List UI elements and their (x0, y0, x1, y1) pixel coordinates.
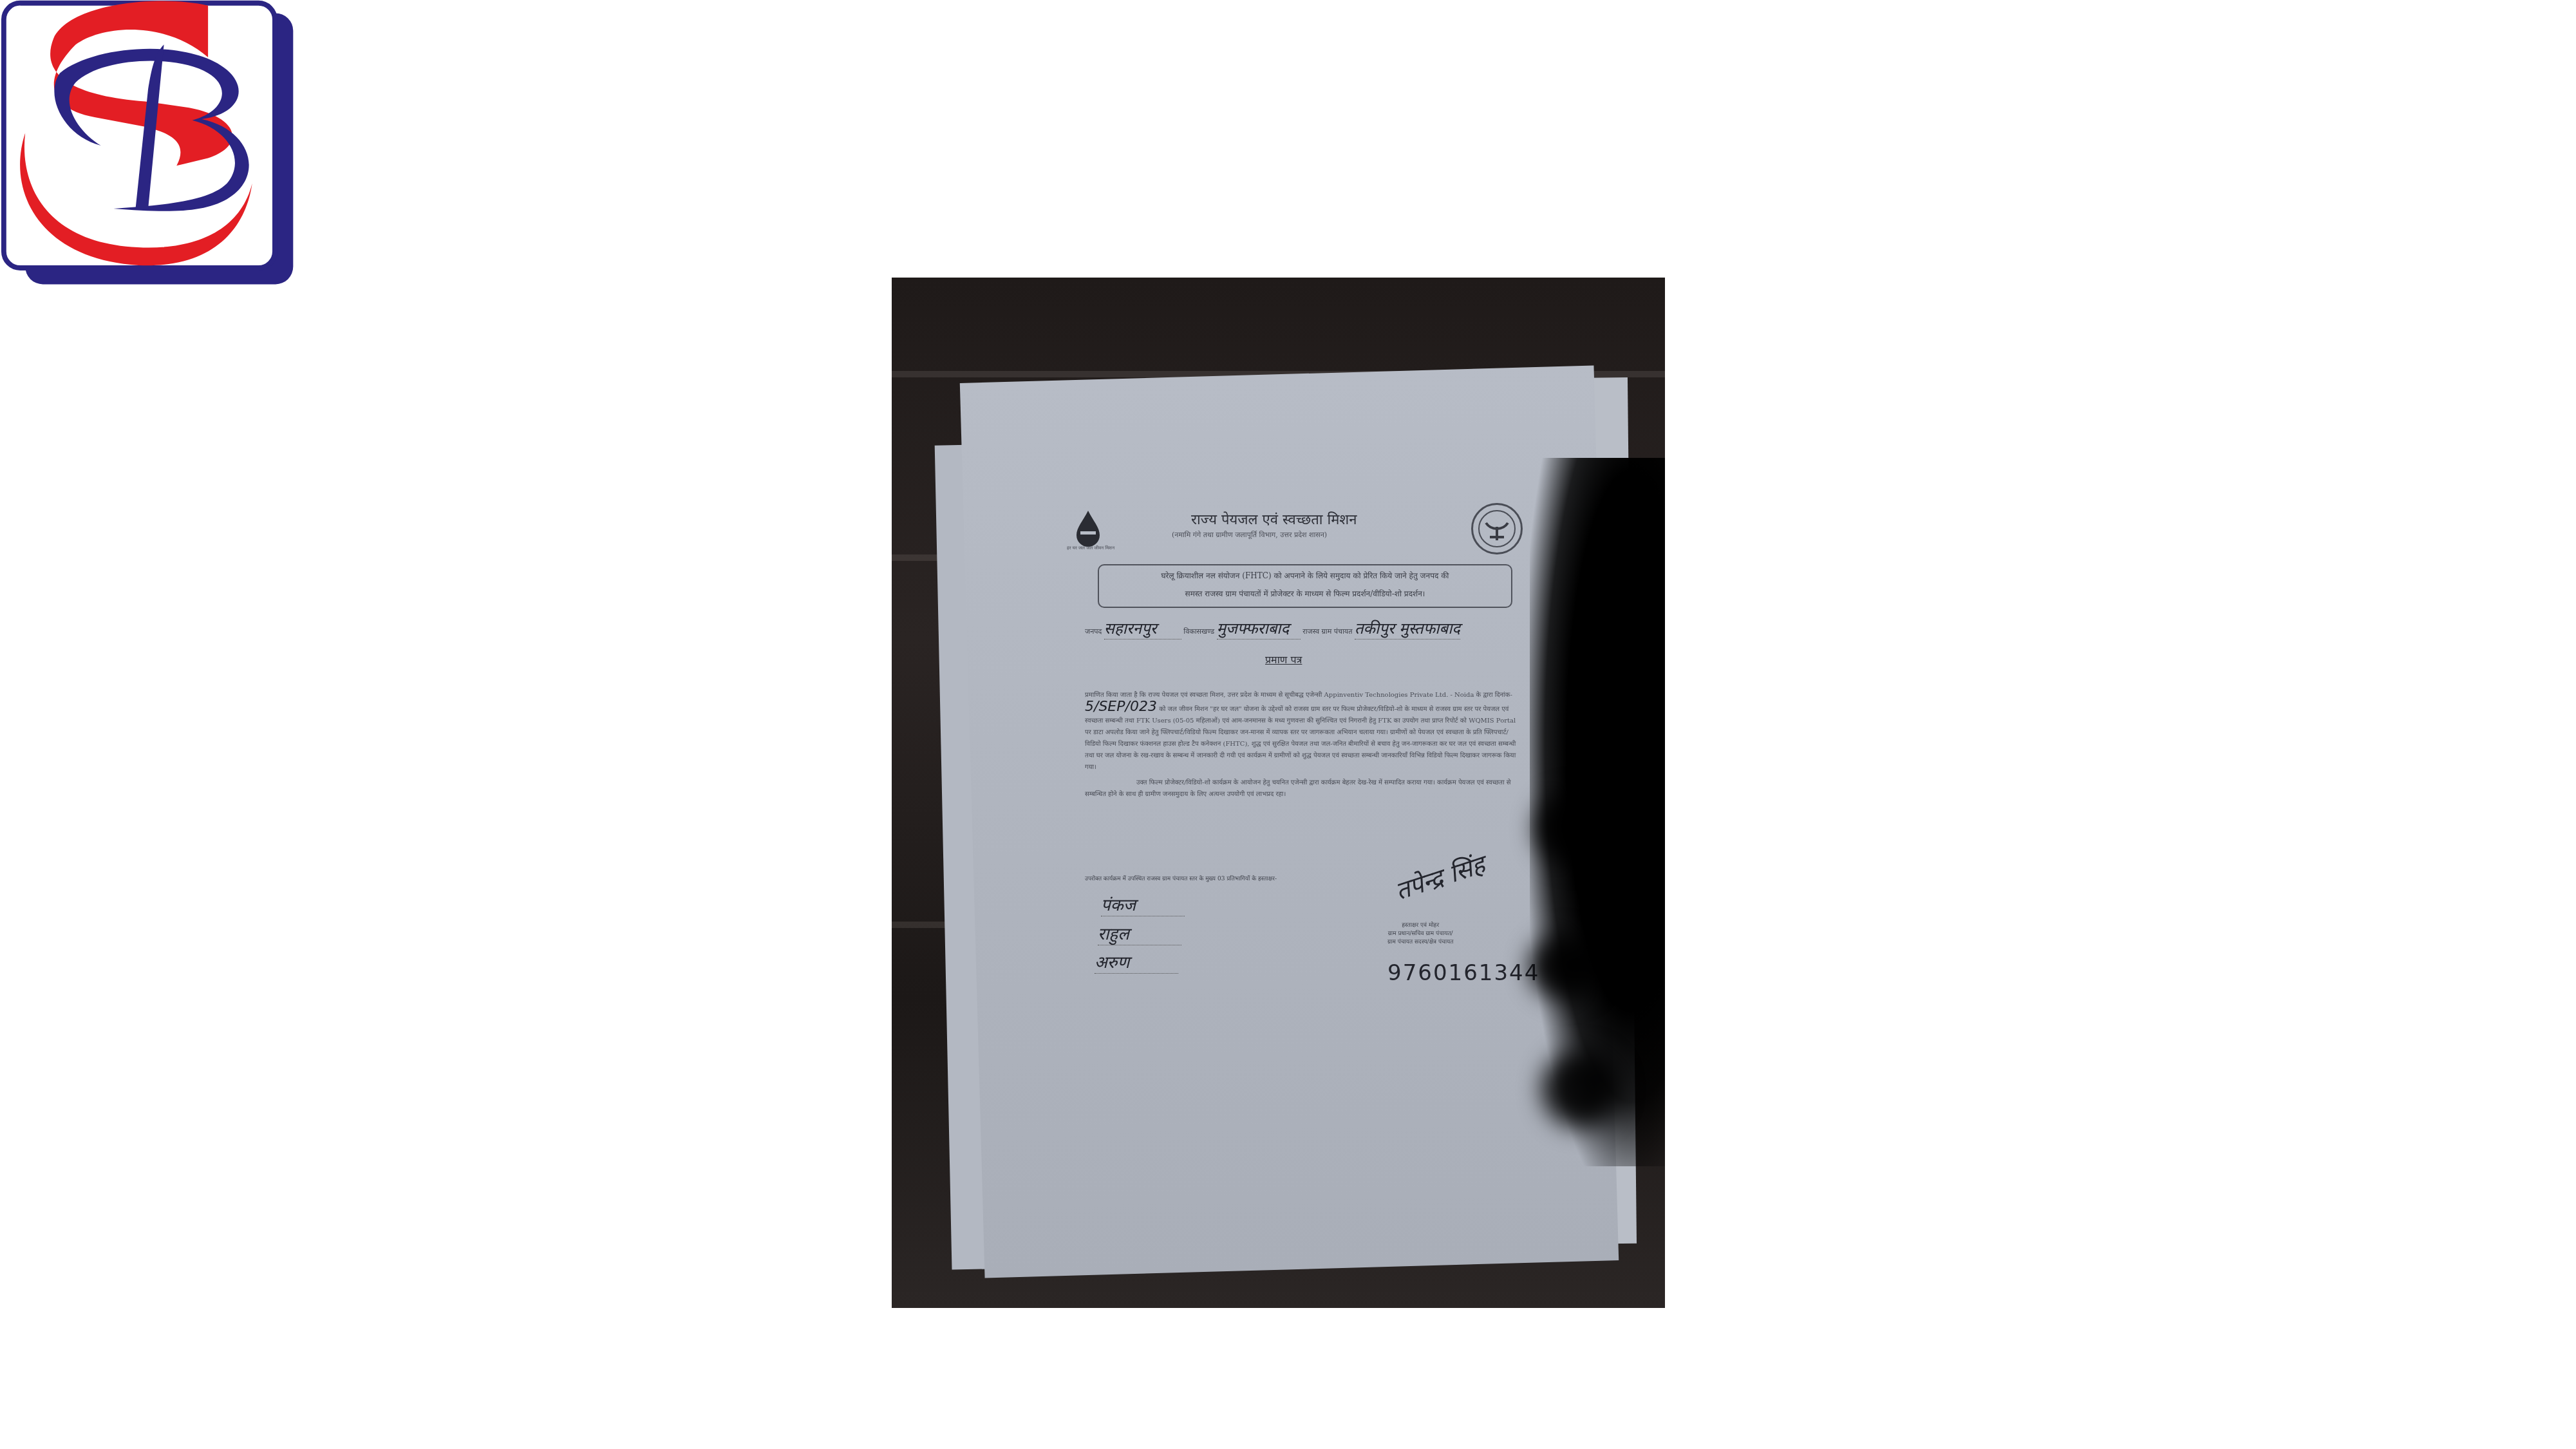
sb-logo (0, 0, 303, 291)
boxed-heading: घरेलू क्रियाशील नल संयोजन (FHTC) को अपना… (1098, 564, 1512, 608)
witness-3: अरुण (1095, 950, 1178, 974)
certificate-body: प्रमाणित किया जाता है कि राज्य पेयजल एवं… (1085, 690, 1523, 800)
panchayat-label: राजस्व ग्राम पंचायत (1302, 627, 1352, 636)
witness-1: पंकज (1101, 893, 1185, 916)
witnesses-label: उपरोक्त कार्यक्रम में उपस्थित राजस्व ग्र… (1085, 875, 1317, 883)
body-part-1: प्रमाणित किया जाता है कि राज्य पेयजल एवं… (1085, 692, 1512, 699)
panchayat-value: तकीपुर मुस्तफाबाद (1355, 618, 1460, 639)
boxed-heading-line-1: घरेलू क्रियाशील नल संयोजन (FHTC) को अपना… (1099, 567, 1511, 585)
signature-caption: हस्ताक्षर एवं मोहर ग्राम प्रधान/सचिव ग्र… (1387, 922, 1453, 947)
sb-logo-icon (0, 0, 303, 291)
handwritten-date: 5/SEP/023 (1085, 699, 1157, 715)
signature-caption-line-2: ग्राम प्रधान/सचिव ग्राम पंचायत/ (1387, 930, 1453, 938)
finger-shadow-1 (1536, 793, 1613, 864)
location-fields: जनपद सहारनपुर विकासखण्ड मुजफ्फराबाद राजस… (1085, 618, 1460, 639)
district-label: जनपद (1085, 627, 1102, 636)
finger-shadow-2 (1529, 934, 1600, 999)
finger-shadow-3 (1542, 1050, 1619, 1128)
header-subtitle: (नमामि गंगे तथा ग्रामीण जलापूर्ति विभाग,… (1172, 530, 1327, 540)
block-label: विकासखण्ड (1183, 627, 1214, 636)
paper-sheet-front (960, 366, 1619, 1278)
left-logo-caption: हर घर जल जल जीवन मिशन (1067, 545, 1105, 551)
boxed-heading-line-2: समस्त राजस्व ग्राम पंचायतों में प्रोजेक्… (1099, 585, 1511, 603)
body-part-2: को जल जीवन मिशन "हर घर जल" योजना के उद्द… (1085, 706, 1516, 771)
handwritten-phone-number: 9760161344 (1387, 960, 1539, 986)
header-title: राज्य पेयजल एवं स्वच्छता मिशन (1191, 509, 1357, 529)
district-value: सहारनपुर (1104, 618, 1181, 639)
signature-caption-line-1: हस्ताक्षर एवं मोहर (1387, 922, 1453, 930)
signature-caption-line-3: ग्राम पंचायत सदस्य/क्षेत्र पंचायत (1387, 938, 1453, 947)
document-photo: हर घर जल जल जीवन मिशन राज्य पेयजल एवं स्… (892, 278, 1665, 1308)
block-value: मुजफ्फराबाद (1217, 618, 1301, 639)
witness-2: राहुल (1098, 922, 1181, 945)
up-state-emblem-icon (1471, 503, 1523, 554)
body-part-3: उक्त फिल्म प्रोजेक्टर/विडियो-शो कार्यक्र… (1085, 777, 1523, 800)
certificate-title: प्रमाण पत्र (1265, 652, 1302, 667)
